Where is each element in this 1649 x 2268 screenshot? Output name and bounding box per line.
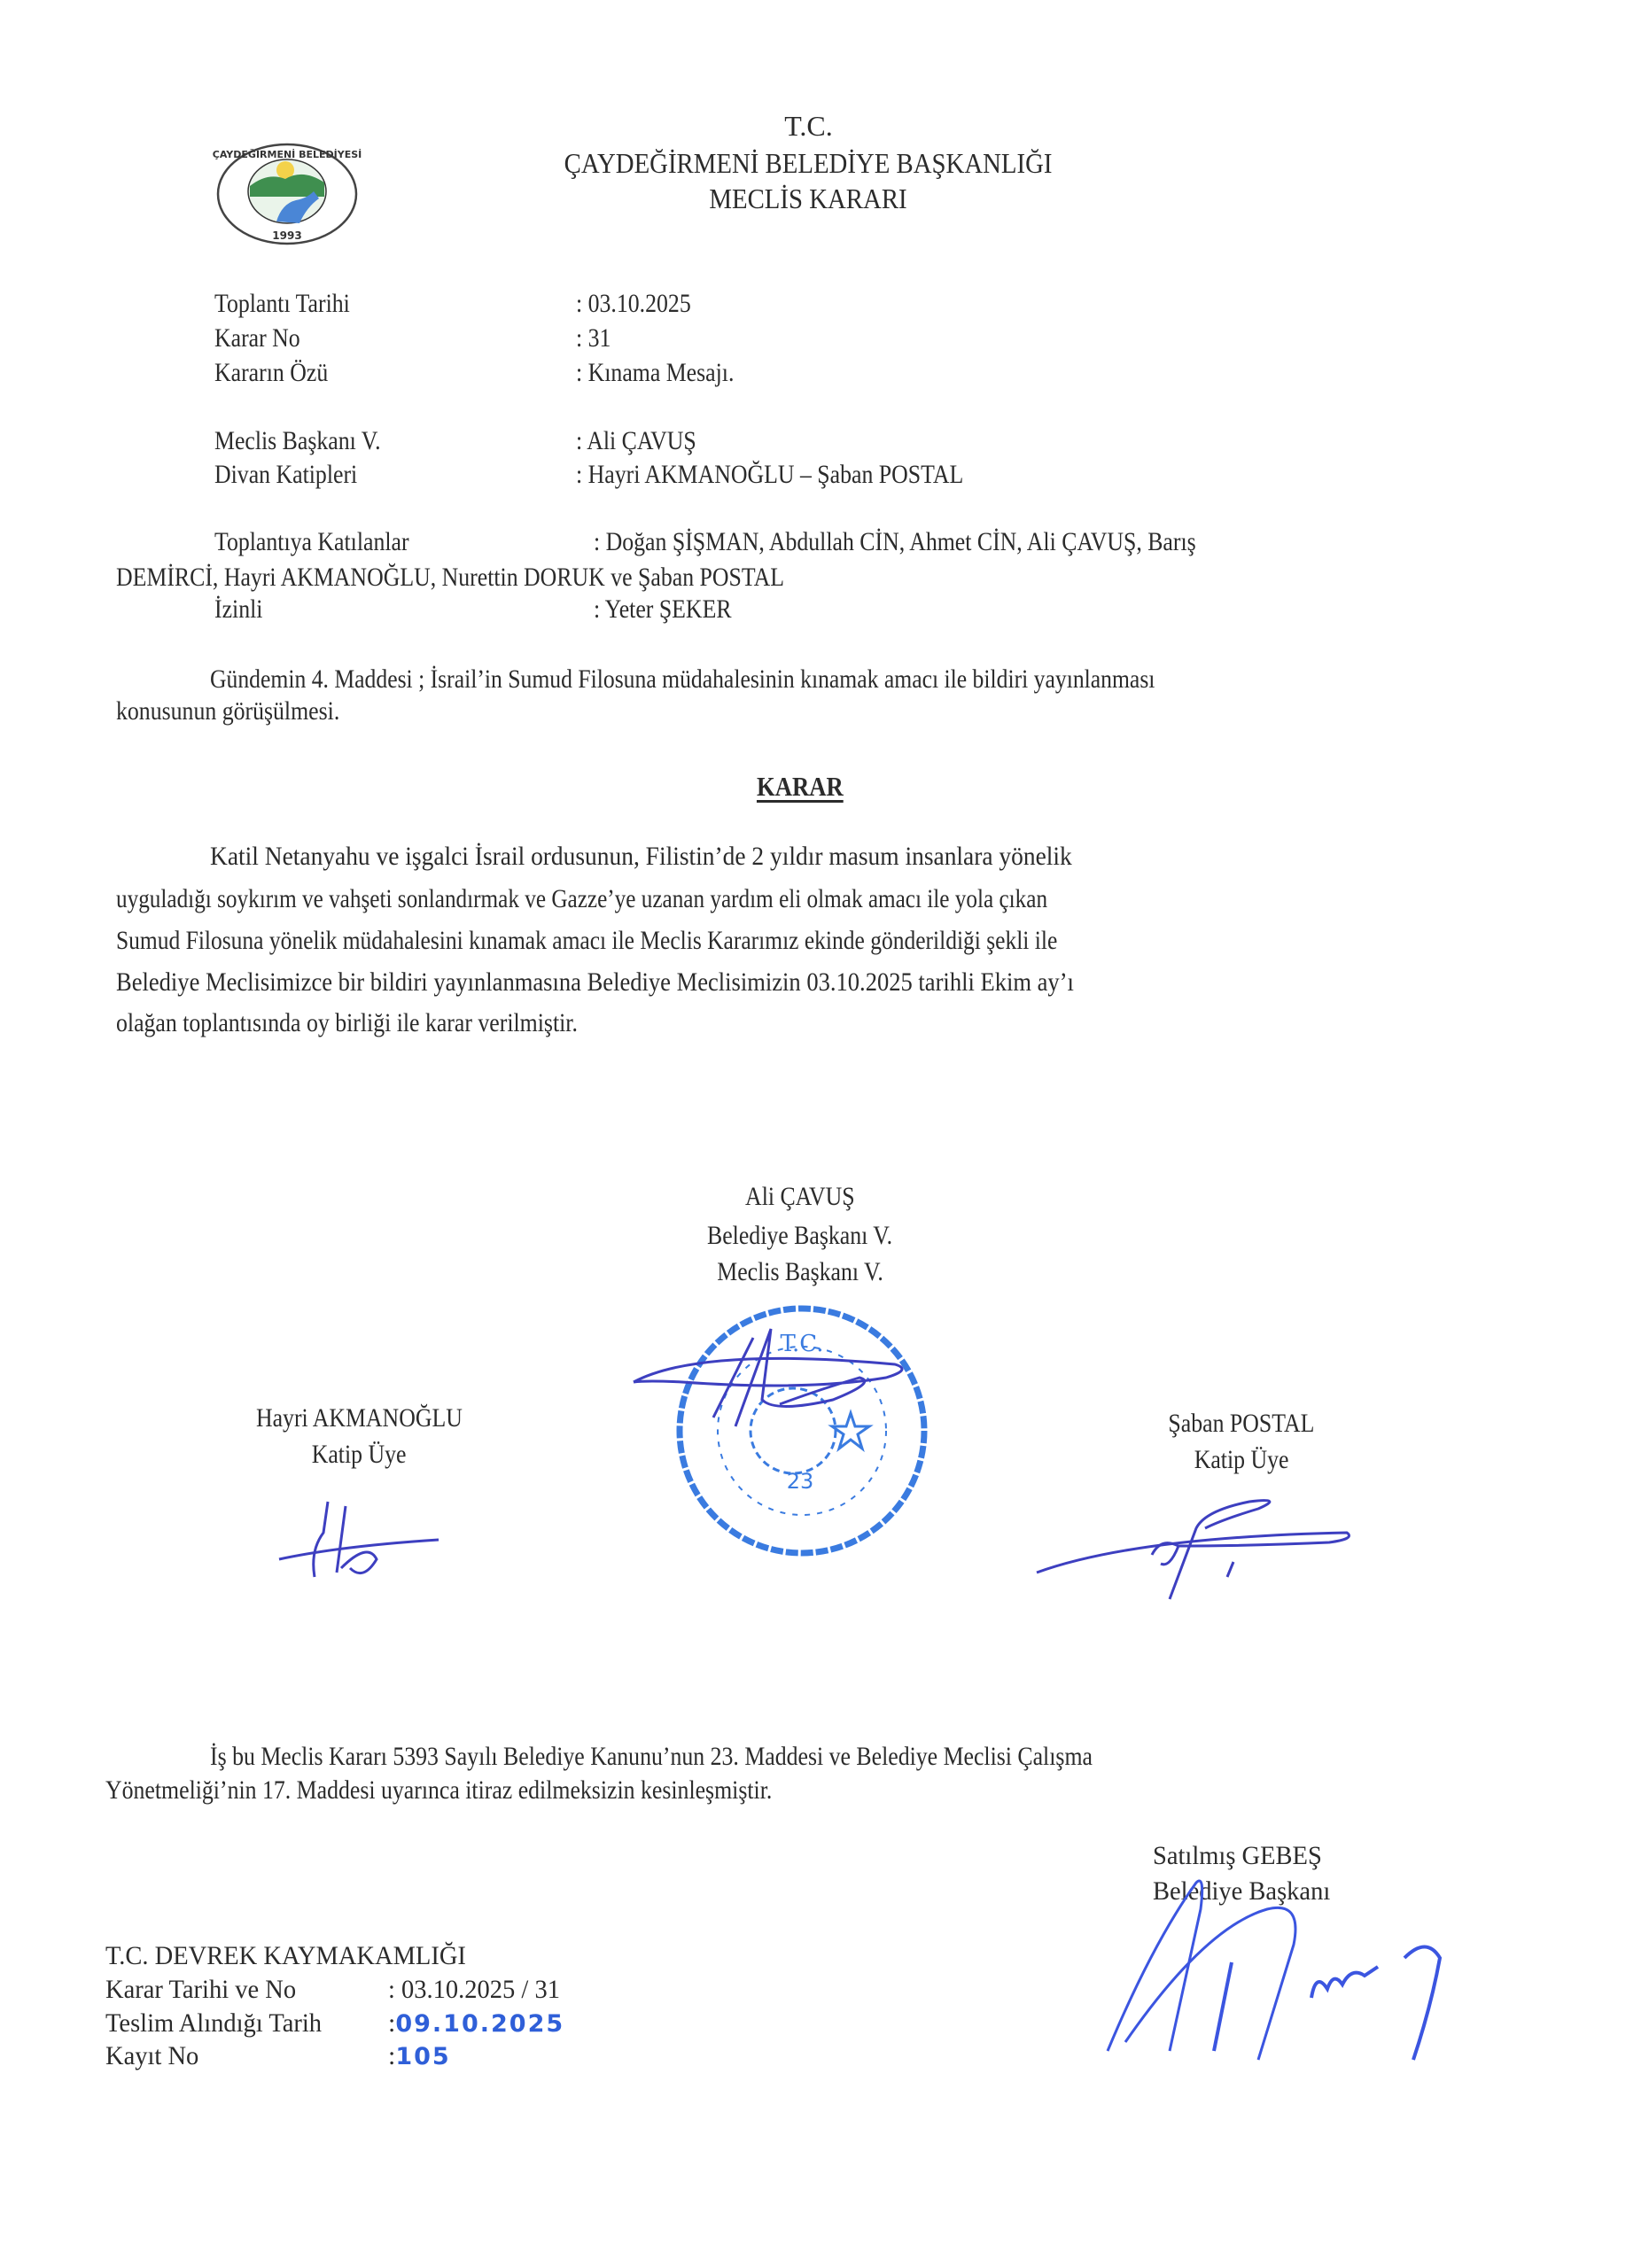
clerk-left-name: Hayri AKMANOĞLU xyxy=(182,1405,536,1432)
governorship-value-received: :09.10.2025 xyxy=(388,2010,564,2037)
info-value-meeting-date: : 03.10.2025 xyxy=(576,291,710,317)
governorship-value-decision: : 03.10.2025 / 31 xyxy=(388,1977,569,2003)
info-label-summary: Kararın Özü xyxy=(214,360,346,386)
info-label-clerks: Divan Katipleri xyxy=(214,462,380,488)
clerk-left-signature-icon xyxy=(270,1497,447,1586)
clerk-right-signature-icon xyxy=(1028,1484,1356,1608)
agenda-line2: konusunun görüşülmesi. xyxy=(116,698,376,725)
svg-text:23: 23 xyxy=(787,1469,814,1494)
info-value-clerks: : Hayri AKMANOĞLU – Şaban POSTAL xyxy=(576,462,1026,488)
decision-line-4: Belediye Meclisimizce bir bildiri yayınl… xyxy=(116,969,1198,996)
on-leave-label: İzinli xyxy=(214,596,270,623)
governorship-title: T.C. DEVREK KAYMAKAMLIĞI xyxy=(105,1943,485,1969)
municipality-seal-icon: ÇAYDEĞİRMENİ BELEDİYESİ 1993 xyxy=(214,142,361,246)
decision-line-1: Katil Netanyahu ve işgalci İsrail ordusu… xyxy=(210,843,1152,870)
decision-line-3: Sumud Filosuna yönelik müdahalesini kına… xyxy=(116,928,1224,954)
decision-line-2: uyguladığı soykırım ve vahşeti sonlandır… xyxy=(116,886,1225,913)
record-no-handwritten: 105 xyxy=(395,2043,450,2070)
governorship-value-record: :105 xyxy=(388,2043,451,2070)
finalization-line2: Yönetmeliği’nin 17. Maddesi uyarınca iti… xyxy=(105,1777,881,1804)
chair-title-1: Belediye Başkanı V. xyxy=(579,1223,1022,1249)
received-date-handwritten: 09.10.2025 xyxy=(395,2010,564,2038)
svg-text:1993: 1993 xyxy=(272,229,301,242)
info-value-decision-no: : 31 xyxy=(576,325,617,352)
finalization-line1: İş bu Meclis Kararı 5393 Sayılı Belediye… xyxy=(210,1744,1236,1770)
header-line-title: MECLİS KARARI xyxy=(403,184,1214,213)
clerk-left-title: Katip Üye xyxy=(182,1441,536,1468)
chair-name: Ali ÇAVUŞ xyxy=(579,1184,1022,1210)
chair-title-2: Meclis Başkanı V. xyxy=(579,1259,1022,1285)
decision-line-5: olağan toplantısında oy birliği ile kara… xyxy=(116,1010,653,1037)
decision-title: KARAR xyxy=(712,771,889,803)
info-value-chair: : Ali ÇAVUŞ xyxy=(576,428,716,454)
attendees-value-line2: DEMİRCİ, Hayri AKMANOĞLU, Nurettin DORUK… xyxy=(116,564,893,591)
mayor-signature-icon xyxy=(1099,1874,1480,2060)
governorship-label-decision: Karar Tarihi ve No xyxy=(105,1977,306,2003)
header-line-institution: ÇAYDEĞİRMENİ BELEDİYE BAŞKANLIĞI xyxy=(403,149,1214,177)
info-label-decision-no: Karar No xyxy=(214,325,314,352)
governorship-label-received: Teslim Alındığı Tarih xyxy=(105,2010,333,2037)
clerk-right-title: Katip Üye xyxy=(1064,1447,1419,1473)
svg-text:ÇAYDEĞİRMENİ BELEDİYESİ: ÇAYDEĞİRMENİ BELEDİYESİ xyxy=(213,148,362,160)
info-value-summary: : Kınama Mesajı. xyxy=(576,360,759,386)
mayor-name: Satılmış GEBEŞ xyxy=(1153,1843,1331,1869)
info-label-meeting-date: Toplantı Tarihi xyxy=(214,291,372,317)
info-label-chair: Meclis Başkanı V. xyxy=(214,428,408,454)
clerk-right-name: Şaban POSTAL xyxy=(1064,1410,1419,1437)
on-leave-value: : Yeter ŞEKER xyxy=(594,596,754,623)
chair-signature-icon xyxy=(629,1311,922,1435)
agenda-line1: Gündemin 4. Maddesi ; İsrail’in Sumud Fi… xyxy=(210,666,1495,693)
governorship-label-record: Kayıt No xyxy=(105,2043,204,2070)
attendees-value-line1: : Doğan ŞİŞMAN, Abdullah CİN, Ahmet CİN,… xyxy=(594,529,1294,555)
attendees-label: Toplantıya Katılanlar xyxy=(214,529,440,555)
header-line-tc: T.C. xyxy=(403,112,1214,140)
